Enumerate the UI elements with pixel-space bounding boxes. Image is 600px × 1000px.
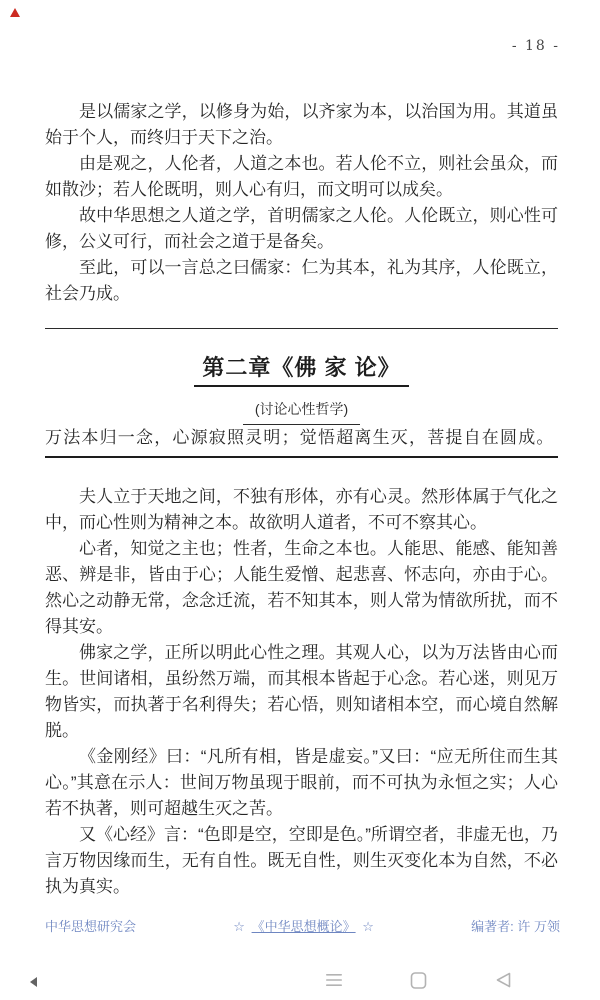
page-footer: 中华思想研究会 ☆ 《中华思想概论》 ☆ 编著者: 许 万领 [45,916,560,935]
chapter-epigraph: 万法本归一念，心源寂照灵明；觉悟超离生灭，菩提自在圆成。 [45,425,558,458]
menu-icon[interactable] [325,972,343,993]
book-title-link[interactable]: 《中华思想概论》 [249,919,359,934]
footer-organization: 中华思想研究会 [45,916,136,935]
paragraph: 至此，可以一言总之曰儒家：仁为其本，礼为其序，人伦既立，社会乃成。 [45,255,558,307]
paragraph: 是以儒家之学，以修身为始，以齐家为本，以治国为用。其道虽始于个人，而终归于天下之… [45,99,558,151]
chapter-title: 第二章《佛 家 论》 [194,355,408,387]
page-number: - 18 - [512,38,560,54]
paragraph: 心者，知觉之主也；性者，生命之本也。人能思、能感、能知善恶、辨是非，皆由于心；人… [45,536,558,640]
section-buddhist-body: 夫人立于天地之间，不独有形体，亦有心灵。然形体属于气化之中，而心性则为精神之本。… [45,484,558,900]
bottom-navigation-bar [0,960,600,1000]
paragraph: 佛家之学，正所以明此心性之理。其观人心，以为万法皆由心而生。世间诸相，虽纷然万端… [45,640,558,744]
home-icon[interactable] [410,972,428,994]
star-icon: ☆ [362,919,374,934]
paragraph: 故中华思想之人道之学，首明儒家之人伦。人伦既立，则心性可修，公义可行，而社会之道… [45,203,558,255]
star-icon: ☆ [233,919,245,934]
paragraph: 夫人立于天地之间，不独有形体，亦有心灵。然形体属于气化之中，而心性则为精神之本。… [45,484,558,536]
paragraph: 由是观之，人伦者，人道之本也。若人伦不立，则社会虽众，而如散沙；若人伦既明，则人… [45,151,558,203]
section-divider [45,328,558,329]
document-page: 是以儒家之学，以修身为始，以齐家为本，以治国为用。其道虽始于个人，而终归于天下之… [45,99,558,900]
footer-editor: 编著者: 许 万领 [471,916,560,935]
paragraph: 《金刚经》曰：“凡所有相，皆是虚妄。”又曰：“应无所住而生其心。”其意在示人：世… [45,744,558,822]
section-confucian-conclusion: 是以儒家之学，以修身为始，以齐家为本，以治国为用。其道虽始于个人，而终归于天下之… [45,99,558,307]
paragraph: 又《心经》言：“色即是空，空即是色。”所谓空者，非虚无也，乃言万物因缘而生，无有… [45,822,558,900]
back-icon[interactable] [495,972,512,993]
chapter-subtitle: (讨论心性哲学) [243,396,360,425]
footer-book-title: ☆ 《中华思想概论》 ☆ [233,916,374,935]
drawer-handle-arrow-icon[interactable] [29,975,38,993]
red-marker-icon [10,8,20,17]
